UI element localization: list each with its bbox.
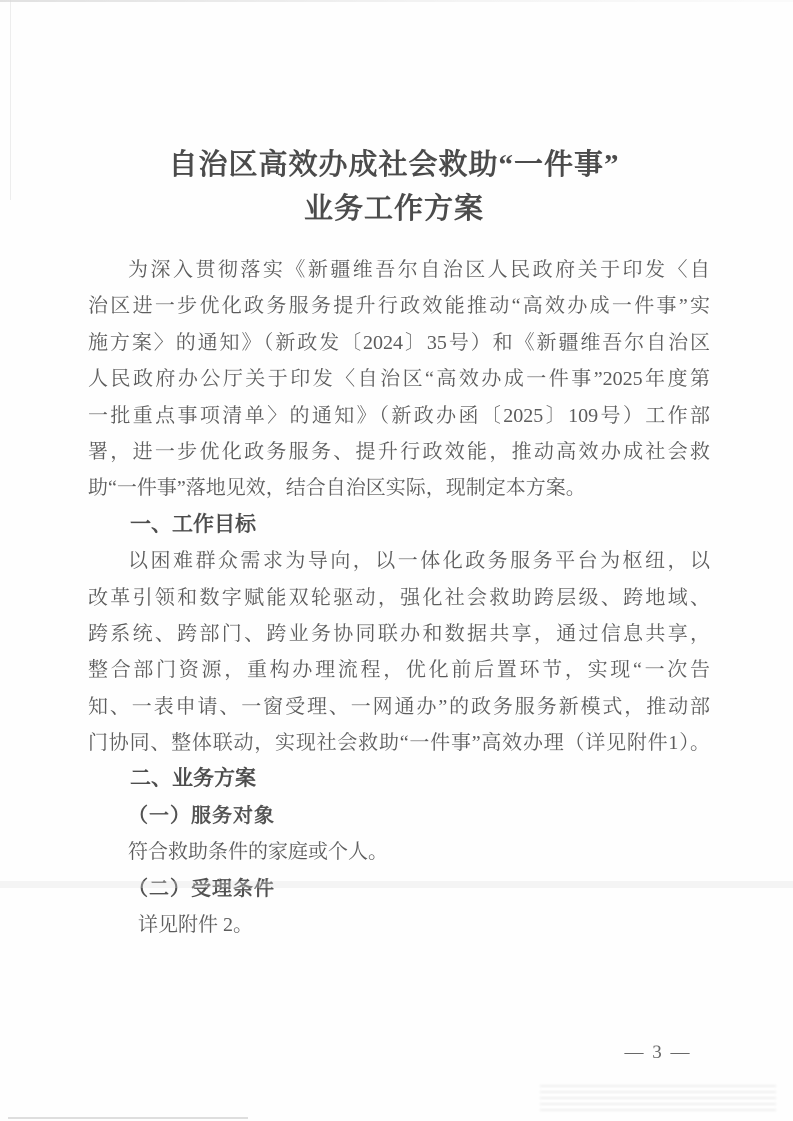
body-line: 人民政府办公厅关于印发〈自治区“高效办成一件事”2025年度第 (88, 361, 710, 397)
body-line: 助“一件事”落地见效，结合自治区实际，现制定本方案。 (88, 470, 710, 506)
subsection-heading-1: （一）服务对象 (88, 798, 710, 834)
scanned-document-page: 自治区高效办成社会救助“一件事” 业务工作方案 为深入贯彻落实《新疆维吾尔自治区… (0, 0, 793, 1121)
scan-artifact-left-edge (10, 0, 11, 200)
scan-artifact-band (0, 881, 793, 888)
body-line: 知、一表申请、一窗受理、一网通办”的政务服务新模式，推动部 (88, 689, 710, 725)
document-title: 自治区高效办成社会救助“一件事” 业务工作方案 (84, 143, 704, 231)
body-line: 符合救助条件的家庭或个人。 (88, 834, 710, 870)
scan-artifact-top-edge (0, 0, 793, 2)
scan-artifact-bottom-line (8, 1117, 248, 1119)
body-line: 一批重点事项清单〉的通知》（新政办函〔2025〕109号）工作部 (88, 398, 710, 434)
body-line: 施方案〉的通知》（新政发〔2024〕35号）和《新疆维吾尔自治区 (88, 325, 710, 361)
page-number: — 3 — (598, 1042, 718, 1064)
body-line: 治区进一步优化政务服务提升行政效能推动“高效办成一件事”实 (88, 288, 710, 324)
document-body: 为深入贯彻落实《新疆维吾尔自治区人民政府关于印发〈自 治区进一步优化政务服务提升… (88, 252, 710, 943)
title-line-1: 自治区高效办成社会救助“一件事” (84, 143, 704, 187)
body-line: 以困难群众需求为导向，以一体化政务服务平台为枢纽，以 (88, 543, 710, 579)
body-line: 改革引领和数字赋能双轮驱动，强化社会救助跨层级、跨地域、 (88, 580, 710, 616)
body-line: 跨系统、跨部门、跨业务协同联办和数据共享，通过信息共享， (88, 616, 710, 652)
body-line: 为深入贯彻落实《新疆维吾尔自治区人民政府关于印发〈自 (88, 252, 710, 288)
section-heading-2: 二、业务方案 (88, 761, 710, 797)
title-line-2: 业务工作方案 (84, 187, 704, 231)
subsection-heading-2: （二）受理条件 (88, 871, 710, 907)
section-heading-1: 一、工作目标 (88, 507, 710, 543)
body-line: 整合部门资源，重构办理流程，优化前后置环节，实现“一次告 (88, 652, 710, 688)
scan-artifact-smudge (540, 1085, 776, 1115)
body-line: 署，进一步优化政务服务、提升行政效能，推动高效办成社会救 (88, 434, 710, 470)
body-line: 详见附件 2。 (88, 907, 710, 943)
body-line: 门协同、整体联动，实现社会救助“一件事”高效办理（详见附件1）。 (88, 725, 710, 761)
